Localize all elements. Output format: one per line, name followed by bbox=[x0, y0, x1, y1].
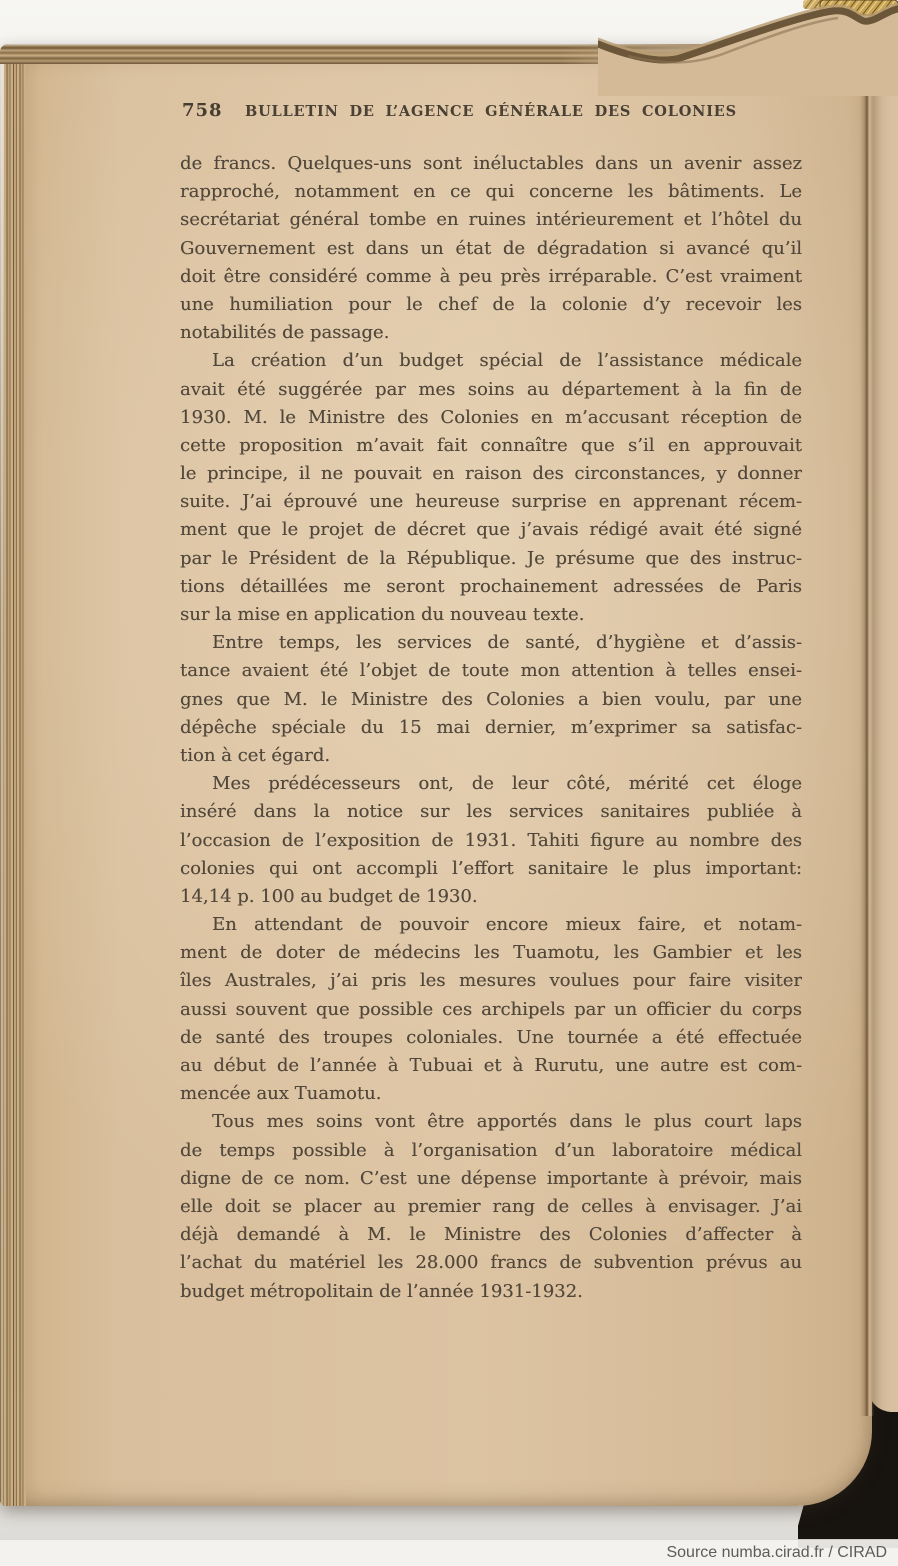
paragraph: de francs. Quelques-uns sont inéluctable… bbox=[180, 150, 802, 347]
text-line: 14,14 p. 100 au budget de 1930. bbox=[180, 883, 802, 911]
text-line: l’occasion de l’exposition de 1931. Tahi… bbox=[180, 827, 802, 855]
text-line: inséré dans la notice sur les services s… bbox=[180, 798, 802, 826]
text-line: déjà demandé à M. le Ministre des Coloni… bbox=[180, 1221, 802, 1249]
paragraph: La création d’un budget spécial de l’ass… bbox=[180, 347, 802, 629]
text-line: le principe, il ne pouvait en raison des… bbox=[180, 460, 802, 488]
text-line: 1930. M. le Ministre des Colonies en m’a… bbox=[180, 404, 802, 432]
text-line: secrétariat général tombe en ruines inté… bbox=[180, 206, 802, 234]
text-line: une humiliation pour le chef de la colon… bbox=[180, 291, 802, 319]
text-line: aussi souvent que possible ces archipels… bbox=[180, 996, 802, 1024]
text-line: elle doit se placer au premier rang de c… bbox=[180, 1193, 802, 1221]
paragraph: Mes prédécesseurs ont, de leur côté, mér… bbox=[180, 770, 802, 911]
running-header: 758 BULLETIN DE L’AGENCE GÉNÉRALE DES CO… bbox=[180, 100, 802, 122]
text-line: gnes que M. le Ministre des Colonies a b… bbox=[180, 686, 802, 714]
text-line: Gouvernement est dans un état de dégrada… bbox=[180, 235, 802, 263]
text-line: ment de doter de médecins les Tuamotu, l… bbox=[180, 939, 802, 967]
text-line: En attendant de pouvoir encore mieux fai… bbox=[180, 911, 802, 939]
printed-content: 758 BULLETIN DE L’AGENCE GÉNÉRALE DES CO… bbox=[0, 44, 872, 1506]
text-line: colonies qui ont accompli l’effort sanit… bbox=[180, 855, 802, 883]
paragraph: Tous mes soins vont être apportés dans l… bbox=[180, 1108, 802, 1305]
text-line: tion à cet égard. bbox=[180, 742, 802, 770]
text-line: de santé des troupes coloniales. Une tou… bbox=[180, 1024, 802, 1052]
text-line: sur la mise en application du nouveau te… bbox=[180, 601, 802, 629]
text-line: suite. J’ai éprouvé une heureuse surpris… bbox=[180, 488, 802, 516]
text-line: rapproché, notamment en ce qui concerne … bbox=[180, 178, 802, 206]
text-line: doit être considéré comme à peu près irr… bbox=[180, 263, 802, 291]
text-line: La création d’un budget spécial de l’ass… bbox=[180, 347, 802, 375]
text-line: par le Président de la République. Je pr… bbox=[180, 545, 802, 573]
text-line: dépêche spéciale du 15 mai dernier, m’ex… bbox=[180, 714, 802, 742]
text-line: l’achat du matériel les 28.000 francs de… bbox=[180, 1249, 802, 1277]
text-line: Mes prédécesseurs ont, de leur côté, mér… bbox=[180, 770, 802, 798]
text-line: avait été suggérée par mes soins au dépa… bbox=[180, 376, 802, 404]
text-line: budget métropolitain de l’année 1931-193… bbox=[180, 1278, 802, 1306]
attribution-bar: Source numba.cirad.fr / CIRAD bbox=[0, 1539, 898, 1566]
text-line: mencée aux Tuamotu. bbox=[180, 1080, 802, 1108]
paragraph: Entre temps, les services de santé, d’hy… bbox=[180, 629, 802, 770]
text-line: au début de l’année à Tubuai et à Rurutu… bbox=[180, 1052, 802, 1080]
book-page: 758 BULLETIN DE L’AGENCE GÉNÉRALE DES CO… bbox=[0, 44, 872, 1506]
text-line: notabilités de passage. bbox=[180, 319, 802, 347]
text-line: tions détaillées me seront prochainement… bbox=[180, 573, 802, 601]
paragraph: En attendant de pouvoir encore mieux fai… bbox=[180, 911, 802, 1108]
running-title: BULLETIN DE L’AGENCE GÉNÉRALE DES COLONI… bbox=[180, 103, 802, 120]
text-line: de temps possible à l’organisation d’un … bbox=[180, 1137, 802, 1165]
text-block: de francs. Quelques-uns sont inéluctable… bbox=[180, 150, 802, 1306]
text-line: îles Australes, j’ai pris les mesures vo… bbox=[180, 967, 802, 995]
text-line: Tous mes soins vont être apportés dans l… bbox=[180, 1108, 802, 1136]
text-line: de francs. Quelques-uns sont inéluctable… bbox=[180, 150, 802, 178]
text-line: tance avaient été l’objet de toute mon a… bbox=[180, 657, 802, 685]
text-line: Entre temps, les services de santé, d’hy… bbox=[180, 629, 802, 657]
attribution-text: Source numba.cirad.fr / CIRAD bbox=[666, 1544, 887, 1561]
scanned-book-page: 758 BULLETIN DE L’AGENCE GÉNÉRALE DES CO… bbox=[0, 0, 898, 1566]
gutter-crease bbox=[860, 40, 874, 1416]
text-line: cette proposition m’avait fait connaître… bbox=[180, 432, 802, 460]
text-line: ment que le projet de décret que j’avais… bbox=[180, 516, 802, 544]
text-line: digne de ce nom. C’est une dépense impor… bbox=[180, 1165, 802, 1193]
